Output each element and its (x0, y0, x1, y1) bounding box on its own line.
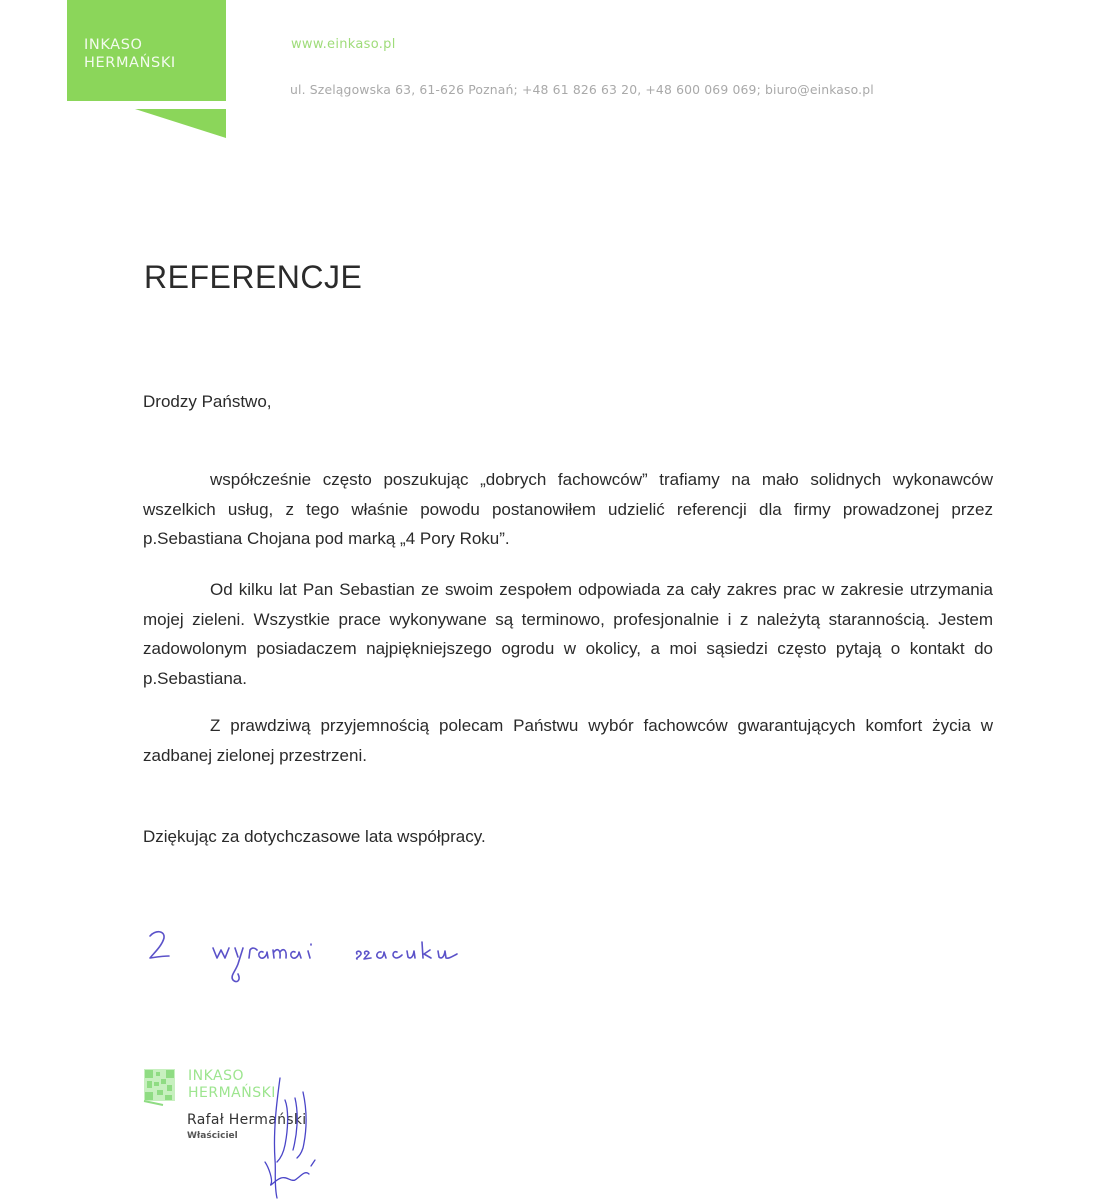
paragraph-3: Z prawdziwą przyjemnością polecam Państw… (143, 711, 993, 770)
logo-line-1: INKASO (84, 36, 176, 54)
company-website: www.einkaso.pl (291, 37, 396, 52)
paragraph-2: Od kilku lat Pan Sebastian ze swoim zesp… (143, 575, 993, 693)
paragraph-1: współcześnie często poszukując „dobrych … (143, 465, 993, 554)
salutation: Drodzy Państwo, (143, 392, 272, 412)
handwritten-note: Z wyrazami szacunku (145, 922, 465, 997)
company-logo-text: INKASO HERMAŃSKI (84, 36, 176, 72)
logo-flag-shape (135, 109, 226, 138)
handwritten-signature (255, 1070, 335, 1200)
closing-line: Dziękując za dotychczasowe lata współpra… (143, 827, 486, 847)
signer-role: Właściciel (187, 1131, 238, 1141)
stamp-qr-code-icon (143, 1068, 176, 1106)
logo-line-2: HERMAŃSKI (84, 54, 176, 72)
letter-title: REFERENCJE (144, 259, 362, 296)
company-address: ul. Szelągowska 63, 61-626 Poznań; +48 6… (290, 82, 874, 97)
